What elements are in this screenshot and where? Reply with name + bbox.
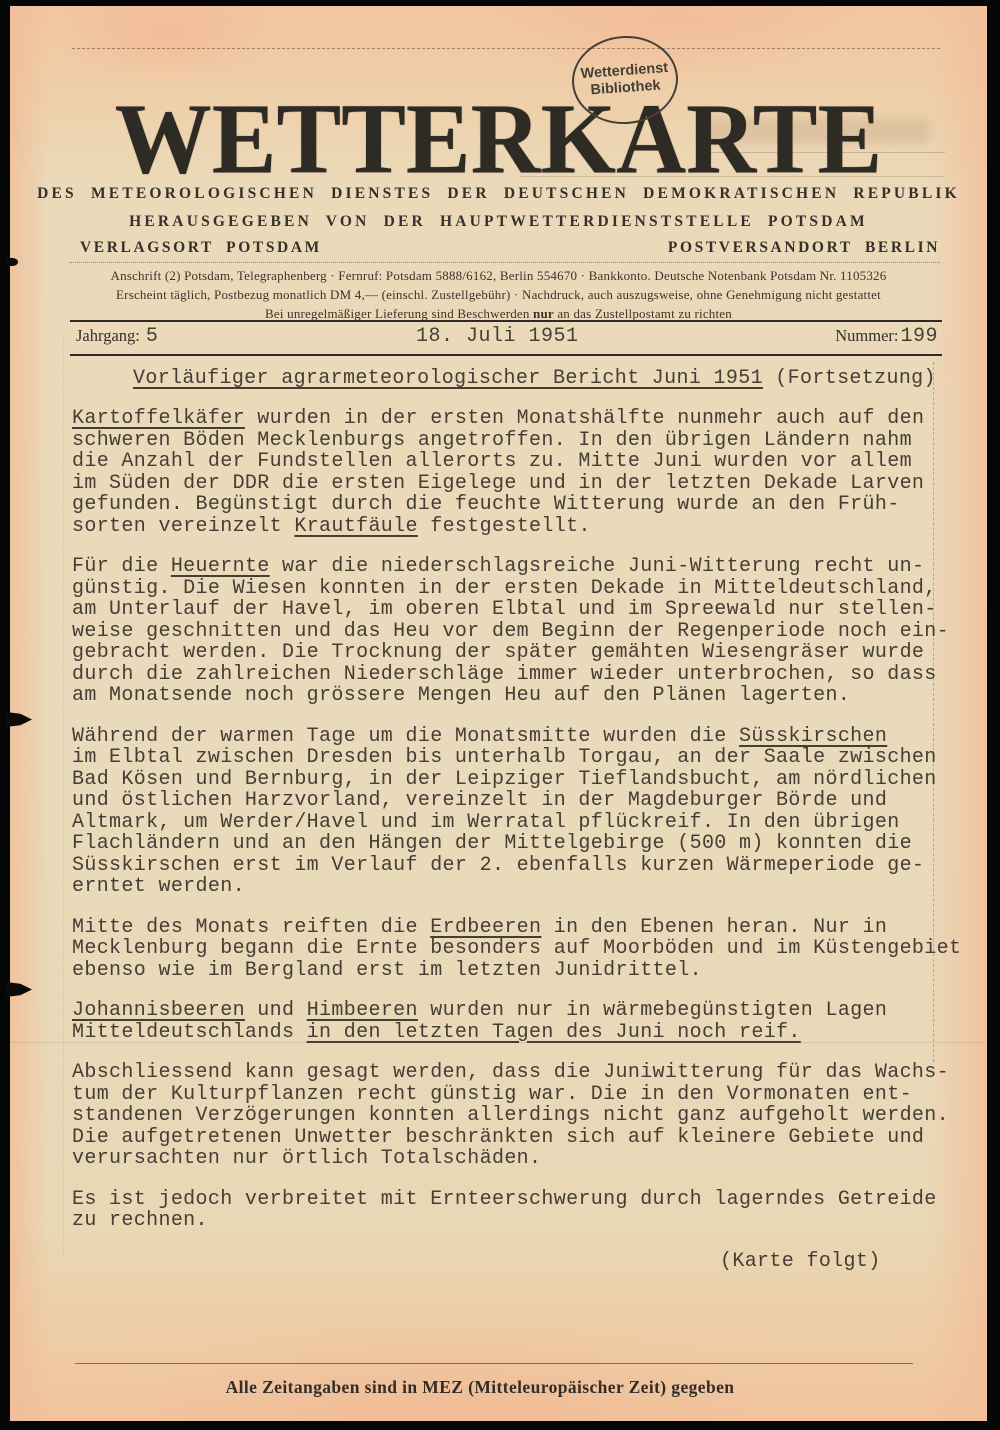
paragraph-suesskirschen: Während der warmen Tage um die Monatsmit…	[72, 726, 984, 898]
issue-info-row: Jahrgang: 5 18. Juli 1951 Nummer: 199	[76, 325, 938, 348]
issue-bar-rule-top	[70, 320, 942, 322]
paragraph-heuernte: Für die Heuernte war die niederschlagsre…	[72, 556, 984, 707]
masthead-title: WETTERKARTE	[10, 88, 987, 189]
paragraph-abschliessend: Abschliessend kann gesagt werden, dass d…	[72, 1062, 984, 1170]
number-group: Nummer: 199	[835, 325, 938, 348]
paper-crease-vertical	[63, 336, 64, 1256]
imprint-address-line: Anschrift (2) Potsdam, Telegraphenberg ·…	[10, 268, 987, 284]
masthead-subtitle-2: HERAUSGEGEBEN VON DER HAUPTWETTERDIENSTS…	[10, 213, 987, 231]
top-dashed-rule	[72, 48, 940, 49]
report-heading: Vorläufiger agrarmeteorologischer Berich…	[133, 368, 973, 390]
paragraph-ernteerschwerung: Es ist jedoch verbreitet mit Ernteerschw…	[72, 1189, 984, 1232]
footer-rule	[75, 1363, 913, 1364]
paper-sheet: Wetterdienst Bibliothek WETTERKARTE DES …	[10, 6, 987, 1421]
postal-location: POSTVERSANDORT BERLIN	[668, 239, 940, 257]
paragraph-erdbeeren: Mitte des Monats reiften die Erdbeeren i…	[72, 917, 984, 982]
paragraph-kartoffelkaefer: Kartoffelkäfer wurden in der ersten Mona…	[72, 408, 984, 537]
number-value: 199	[900, 325, 938, 348]
dotted-rule	[70, 262, 940, 263]
closing-note: (Karte folgt)	[72, 1251, 984, 1273]
binding-mark	[6, 712, 32, 727]
volume-group: Jahrgang: 5	[76, 325, 158, 348]
paragraph-johannisbeeren: Johannisbeeren und Himbeeren wurden nur …	[72, 1000, 984, 1043]
issue-bar-rule-bottom	[70, 354, 942, 356]
volume-label: Jahrgang:	[76, 326, 140, 346]
issue-date: 18. Juli 1951	[416, 325, 579, 348]
publisher-row: VERLAGSORT POTSDAM POSTVERSANDORT BERLIN	[80, 239, 940, 257]
footer-timezone-note: Alle Zeitangaben sind in MEZ (Mitteleuro…	[10, 1377, 950, 1398]
publisher-location: VERLAGSORT POTSDAM	[80, 239, 322, 257]
scanned-document-page: Wetterdienst Bibliothek WETTERKARTE DES …	[0, 0, 1000, 1430]
imprint-subscription-line: Erscheint täglich, Postbezug monatlich D…	[10, 287, 987, 303]
number-label: Nummer:	[835, 326, 898, 346]
binding-mark	[6, 982, 32, 997]
edge-nick-mark	[6, 258, 18, 266]
report-body: Kartoffelkäfer wurden in der ersten Mona…	[72, 408, 984, 1272]
volume-value: 5	[146, 325, 159, 348]
stamp-line2: Bibliothek	[590, 78, 661, 100]
